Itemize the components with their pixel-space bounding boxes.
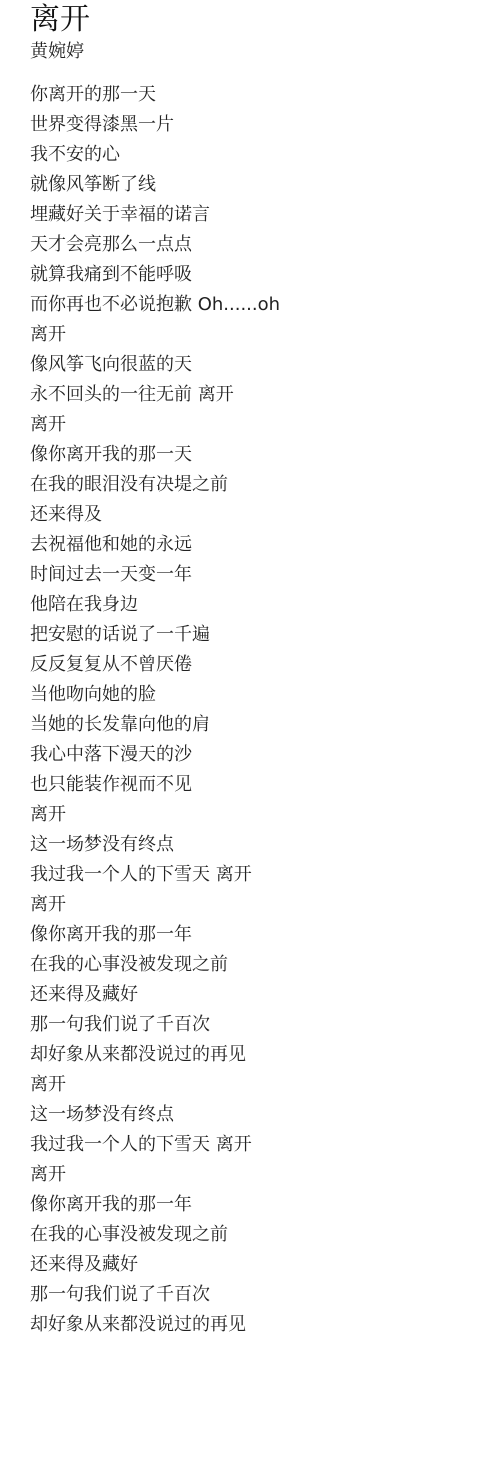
lyric-line: 还来得及 (30, 500, 490, 530)
lyric-line: 像你离开我的那一天 (30, 440, 490, 470)
lyric-line: 那一句我们说了千百次 (30, 1280, 490, 1310)
lyric-line: 你离开的那一天 (30, 80, 490, 110)
lyric-line: 我过我一个人的下雪天 离开 (30, 1130, 490, 1160)
lyric-line: 还来得及藏好 (30, 980, 490, 1010)
lyric-line: 离开 (30, 410, 490, 440)
song-title: 离开 (30, 2, 490, 38)
artist-name: 黄婉婷 (30, 38, 490, 66)
lyric-line: 就像风筝断了线 (30, 170, 490, 200)
lyric-line: 像风筝飞向很蓝的天 (30, 350, 490, 380)
lyric-line: 还来得及藏好 (30, 1250, 490, 1280)
lyric-line: 离开 (30, 890, 490, 920)
lyrics-body: 你离开的那一天世界变得漆黑一片我不安的心就像风筝断了线埋藏好关于幸福的诺言天才会… (30, 80, 490, 1340)
lyric-line: 那一句我们说了千百次 (30, 1010, 490, 1040)
lyric-line: 像你离开我的那一年 (30, 1190, 490, 1220)
lyric-line: 离开 (30, 1070, 490, 1100)
lyric-line: 像你离开我的那一年 (30, 920, 490, 950)
lyric-line: 天才会亮那么一点点 (30, 230, 490, 260)
lyric-line: 这一场梦没有终点 (30, 1100, 490, 1130)
lyric-line: 把安慰的话说了一千遍 (30, 620, 490, 650)
lyric-line: 当她的长发靠向他的肩 (30, 710, 490, 740)
lyric-line: 也只能装作视而不见 (30, 770, 490, 800)
lyric-line: 我过我一个人的下雪天 离开 (30, 860, 490, 890)
lyric-line: 去祝福他和她的永远 (30, 530, 490, 560)
lyric-line: 离开 (30, 800, 490, 830)
lyrics-page: 离开 黄婉婷 你离开的那一天世界变得漆黑一片我不安的心就像风筝断了线埋藏好关于幸… (30, 0, 490, 1340)
lyric-line: 反反复复从不曾厌倦 (30, 650, 490, 680)
lyric-line: 我不安的心 (30, 140, 490, 170)
lyric-line: 永不回头的一往无前 离开 (30, 380, 490, 410)
lyric-line: 而你再也不必说抱歉 Oh......oh (30, 290, 490, 320)
lyric-line: 我心中落下漫天的沙 (30, 740, 490, 770)
lyric-line: 离开 (30, 320, 490, 350)
lyric-line: 离开 (30, 1160, 490, 1190)
lyric-line: 世界变得漆黑一片 (30, 110, 490, 140)
lyric-line: 埋藏好关于幸福的诺言 (30, 200, 490, 230)
lyric-line: 在我的心事没被发现之前 (30, 1220, 490, 1250)
lyric-line: 当他吻向她的脸 (30, 680, 490, 710)
lyric-line: 就算我痛到不能呼吸 (30, 260, 490, 290)
lyric-line: 却好象从来都没说过的再见 (30, 1310, 490, 1340)
lyric-line: 在我的心事没被发现之前 (30, 950, 490, 980)
lyric-line: 在我的眼泪没有决堤之前 (30, 470, 490, 500)
lyric-line: 这一场梦没有终点 (30, 830, 490, 860)
lyric-line: 却好象从来都没说过的再见 (30, 1040, 490, 1070)
lyric-line: 他陪在我身边 (30, 590, 490, 620)
lyric-line: 时间过去一天变一年 (30, 560, 490, 590)
